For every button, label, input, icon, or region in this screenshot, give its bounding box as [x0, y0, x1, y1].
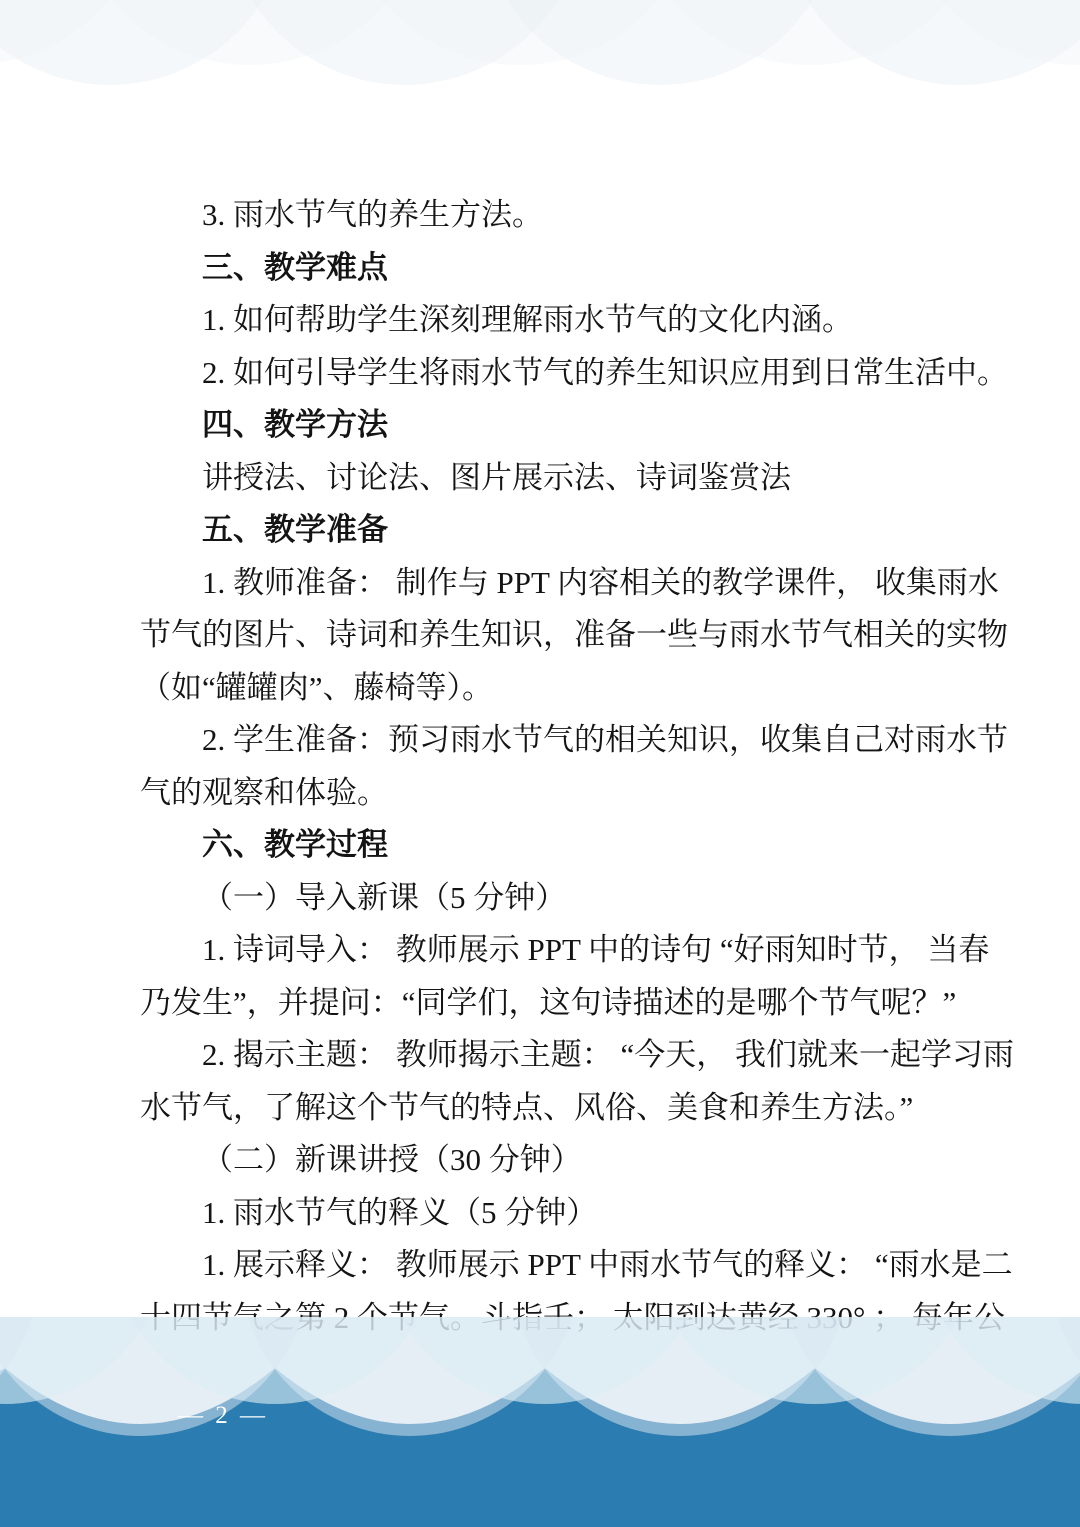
- doc-line: 2. 如何引导学生将雨水节气的养生知识应用到日常生活中。: [140, 347, 950, 400]
- section-heading: 四、教学方法: [140, 399, 950, 452]
- page-number: — 2 —: [178, 1402, 268, 1430]
- doc-line: 乃发生”，并提问：“同学们，这句诗描述的是哪个节气呢？”: [140, 977, 950, 1030]
- lesson-plan-text: 3. 雨水节气的养生方法。三、教学难点1. 如何帮助学生深刻理解雨水节气的文化内…: [140, 189, 950, 1344]
- doc-line: 节气的图片、诗词和养生知识，准备一些与雨水节气相关的实物: [140, 609, 950, 662]
- dark-wave-shape: [0, 1368, 1080, 1527]
- doc-line: 2. 学生准备：预习雨水节气的相关知识，收集自己对雨水节: [140, 714, 950, 767]
- section-heading: 五、教学准备: [140, 504, 950, 557]
- doc-line: （二）新课讲授（30 分钟）: [140, 1134, 950, 1187]
- doc-line: 1. 如何帮助学生深刻理解雨水节气的文化内涵。: [140, 294, 950, 347]
- document-page: 3. 雨水节气的养生方法。三、教学难点1. 如何帮助学生深刻理解雨水节气的文化内…: [0, 0, 1080, 1527]
- top-wave-decoration: [0, 0, 1080, 130]
- section-heading: 六、教学过程: [140, 819, 950, 872]
- doc-line: 2. 揭示主题： 教师揭示主题： “今天， 我们就来一起学习雨: [140, 1029, 950, 1082]
- doc-line: 1. 展示释义： 教师展示 PPT 中雨水节气的释义： “雨水是二: [140, 1239, 950, 1292]
- doc-line: 水节气，了解这个节气的特点、风俗、美食和养生方法。”: [140, 1082, 950, 1135]
- section-heading: 三、教学难点: [140, 242, 950, 295]
- doc-line: 1. 雨水节气的释义（5 分钟）: [140, 1187, 950, 1240]
- doc-line: （一）导入新课（5 分钟）: [140, 872, 950, 925]
- doc-line: 气的观察和体验。: [140, 767, 950, 820]
- doc-line: （如“罐罐肉”、藤椅等）。: [140, 662, 950, 715]
- doc-line: 3. 雨水节气的养生方法。: [140, 189, 950, 242]
- doc-line: 1. 诗词导入： 教师展示 PPT 中的诗句 “好雨知时节， 当春: [140, 924, 950, 977]
- doc-line: 1. 教师准备： 制作与 PPT 内容相关的教学课件， 收集雨水: [140, 557, 950, 610]
- bottom-wave-decoration: [0, 1317, 1080, 1527]
- doc-line: 十四节气之第 2 个节气。斗指壬； 太阳到达黄经 330° ； 每年公: [140, 1292, 950, 1345]
- doc-line: 讲授法、讨论法、图片展示法、诗词鉴赏法: [140, 452, 950, 505]
